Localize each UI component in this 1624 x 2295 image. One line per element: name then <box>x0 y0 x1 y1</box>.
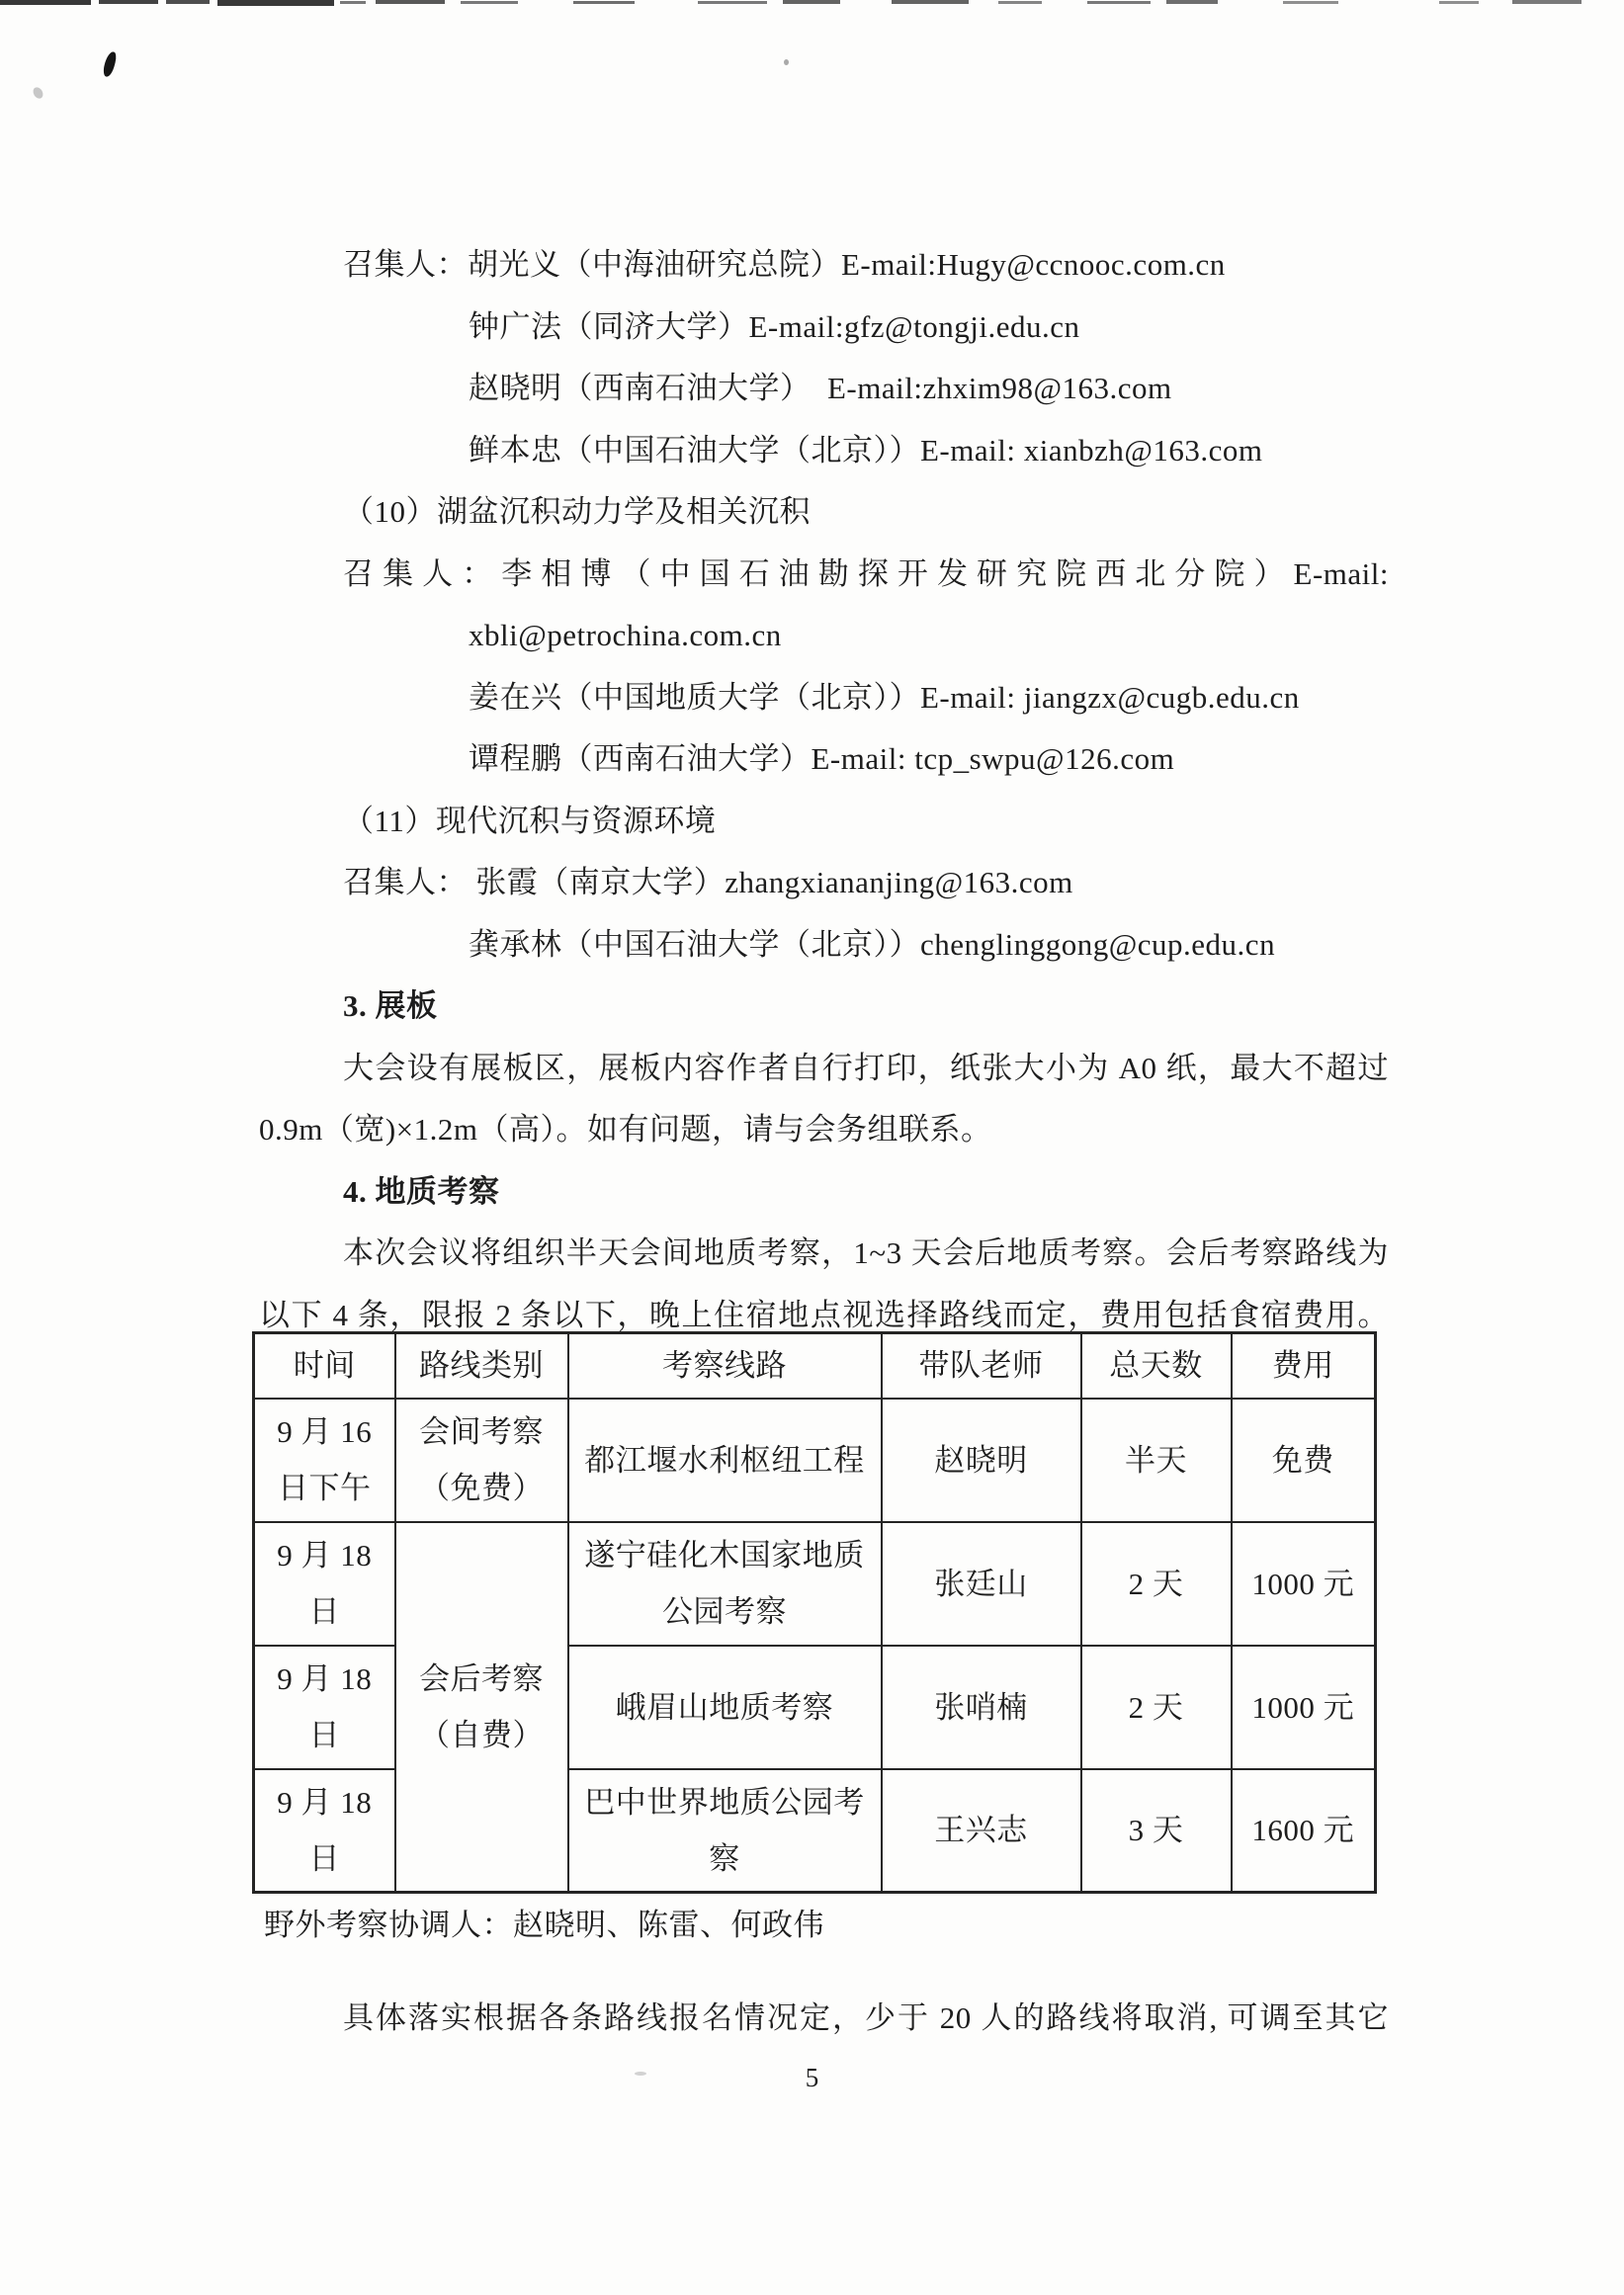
table-row: 9 月 16 日下午 会间考察 （免费） 都江堰水利枢纽工程 赵晓明 半天 免费 <box>254 1399 1376 1522</box>
pencil-mark-artifact <box>32 86 45 101</box>
speck-artifact <box>784 59 789 65</box>
cell-leader: 赵晓明 <box>882 1399 1081 1522</box>
cell-fee: 1000 元 <box>1232 1646 1376 1769</box>
scan-artifact <box>783 0 840 4</box>
scanned-document-page: 召集人：胡光义（中海油研究总院）E-mail:Hugy@ccnooc.com.c… <box>0 0 1624 2295</box>
convener-line: 召集人：李相博（中国石油勘探开发研究院西北分院）E-mail: <box>259 544 1389 606</box>
scan-artifact <box>698 1 767 4</box>
email-line: xbli@petrochina.com.cn <box>259 605 1389 667</box>
cell-days: 2 天 <box>1081 1522 1232 1646</box>
scan-artifact <box>340 1 366 4</box>
scan-artifact <box>1512 0 1581 4</box>
convener-line: 赵晓明（西南石油大学） E-mail:zhxim98@163.com <box>259 358 1389 420</box>
session-title-10: （10）湖盆沉积动力学及相关沉积 <box>259 481 1389 544</box>
section-heading-fieldtrip: 4. 地质考察 <box>259 1161 1389 1224</box>
cell-category: 会间考察 （免费） <box>395 1399 568 1522</box>
section-heading-posters: 3. 展板 <box>259 976 1389 1038</box>
scan-artifact <box>99 0 158 4</box>
scan-artifact <box>1166 0 1218 4</box>
scan-artifact <box>0 0 91 5</box>
cell-time: 9 月 18 日 <box>254 1769 395 1893</box>
col-header-category: 路线类别 <box>395 1333 568 1399</box>
col-header-fee: 费用 <box>1232 1333 1376 1399</box>
cell-category-merged: 会后考察 （自费） <box>395 1522 568 1893</box>
scan-artifact <box>166 0 210 4</box>
cell-route: 巴中世界地质公园考 察 <box>568 1769 882 1893</box>
scan-artifact <box>892 0 969 4</box>
ink-blot-artifact <box>102 50 118 78</box>
cell-days: 3 天 <box>1081 1769 1232 1893</box>
cell-route: 峨眉山地质考察 <box>568 1646 882 1769</box>
cell-route: 都江堰水利枢纽工程 <box>568 1399 882 1522</box>
table-row: 9 月 18 日 会后考察 （自费） 遂宁硅化木国家地质 公园考察 张廷山 2 … <box>254 1522 1376 1646</box>
scan-artifact <box>573 1 635 4</box>
convener-line: 召集人： 张霞（南京大学）zhangxiananjing@163.com <box>259 852 1389 914</box>
cell-leader: 王兴志 <box>882 1769 1081 1893</box>
field-trip-note: 具体落实根据各条路线报名情况定，少于 20 人的路线将取消, 可调至其它 <box>259 1988 1389 2049</box>
col-header-route: 考察线路 <box>568 1333 882 1399</box>
cell-fee: 1600 元 <box>1232 1769 1376 1893</box>
convener-line: 龚承林（中国石油大学（北京））chenglinggong@cup.edu.cn <box>259 914 1389 977</box>
table-header-row: 时间 路线类别 考察线路 带队老师 总天数 费用 <box>254 1333 1376 1399</box>
scan-artifact <box>217 0 334 6</box>
field-trip-table: 时间 路线类别 考察线路 带队老师 总天数 费用 9 月 16 日下午 会间考察… <box>252 1331 1377 1894</box>
cell-time: 9 月 18 日 <box>254 1646 395 1769</box>
scan-artifact <box>461 1 518 4</box>
paragraph-line: 本次会议将组织半天会间地质考察，1~3 天会后地质考察。会后考察路线为 <box>259 1223 1389 1285</box>
field-trip-coordinators: 野外考察协调人：赵晓明、陈雷、何政伟 <box>264 1895 824 1956</box>
scan-artifact <box>376 0 445 4</box>
cell-days: 2 天 <box>1081 1646 1232 1769</box>
col-header-time: 时间 <box>254 1333 395 1399</box>
cell-time: 9 月 18 日 <box>254 1522 395 1646</box>
convener-line: 鲜本忠（中国石油大学（北京））E-mail: xianbzh@163.com <box>259 420 1389 482</box>
convener-line: 钟广法（同济大学）E-mail:gfz@tongji.edu.cn <box>259 297 1389 359</box>
cell-fee: 免费 <box>1232 1399 1376 1522</box>
cell-route: 遂宁硅化木国家地质 公园考察 <box>568 1522 882 1646</box>
scan-artifact <box>1283 1 1338 4</box>
col-header-days: 总天数 <box>1081 1333 1232 1399</box>
cell-days: 半天 <box>1081 1399 1232 1522</box>
convener-line: 谭程鹏（西南石油大学）E-mail: tcp_swpu@126.com <box>259 728 1389 791</box>
cell-leader: 张哨楠 <box>882 1646 1081 1769</box>
cell-leader: 张廷山 <box>882 1522 1081 1646</box>
col-header-leader: 带队老师 <box>882 1333 1081 1399</box>
scan-artifact <box>1087 1 1151 4</box>
body-text-block: 召集人：胡光义（中海油研究总院）E-mail:Hugy@ccnooc.com.c… <box>259 234 1389 1346</box>
cell-fee: 1000 元 <box>1232 1522 1376 1646</box>
convener-line: 召集人：胡光义（中海油研究总院）E-mail:Hugy@ccnooc.com.c… <box>259 234 1389 297</box>
scan-artifact <box>1439 1 1479 4</box>
paragraph-line: 大会设有展板区，展板内容作者自行打印，纸张大小为 A0 纸，最大不超过 <box>259 1038 1389 1100</box>
cell-time: 9 月 16 日下午 <box>254 1399 395 1522</box>
session-title-11: （11）现代沉积与资源环境 <box>259 791 1389 853</box>
scan-artifact <box>998 1 1042 4</box>
convener-line: 姜在兴（中国地质大学（北京））E-mail: jiangzx@cugb.edu.… <box>259 667 1389 729</box>
page-number: 5 <box>0 2061 1624 2094</box>
paragraph-line: 0.9m（宽)×1.2m（高）。如有问题，请与会务组联系。 <box>259 1099 1389 1161</box>
